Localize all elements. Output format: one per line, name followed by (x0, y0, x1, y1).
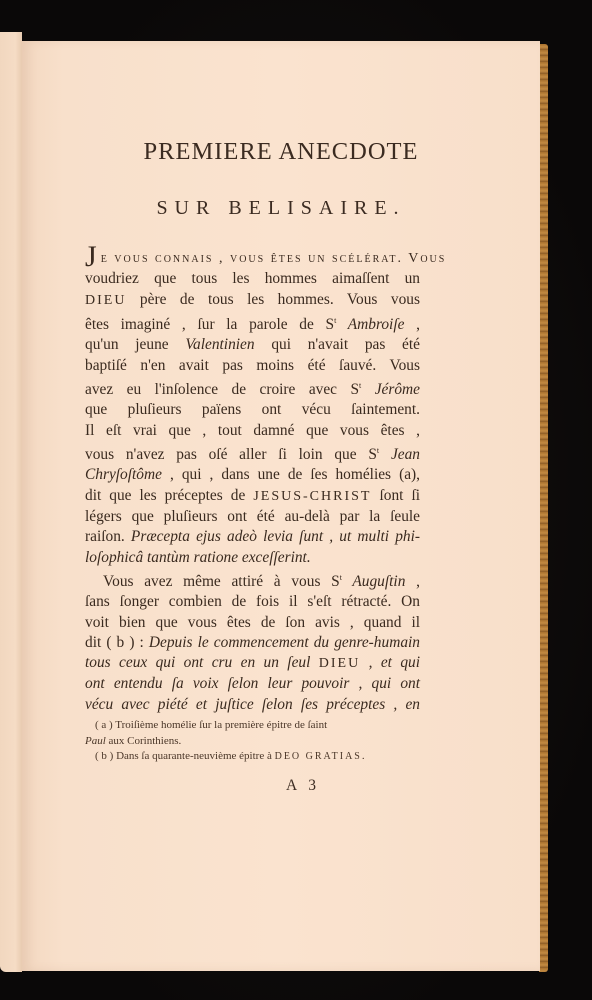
text-line: Chryſoſtôme , qui , dans une de ſes homé… (85, 465, 420, 485)
facing-page-edge (0, 32, 22, 972)
gilt-page-edge (539, 44, 548, 972)
text-line: dit que les préceptes de JESUS-CHRIST ſo… (85, 486, 420, 507)
text-line: avez eu l'inſolence de croire avec St Jé… (85, 376, 420, 400)
body-text: Je vous connais , vous êtes un ſcélérat.… (85, 247, 420, 715)
text-line: raiſon. Præcepta ejus adeò levia ſunt , … (85, 527, 420, 547)
text-line: qu'un jeune Valentinien qui n'avait pas … (85, 335, 420, 355)
text-line: êtes imaginé , ſur la parole de St Ambro… (85, 311, 420, 335)
text-line: vécu avec piété et juſtice ſelon ſes pré… (85, 695, 420, 715)
footnote-b: ( b ) Dans ſa quarante-neuvième épitre à… (85, 749, 420, 765)
text-line: DIEU père de tous les hommes. Vous vous (85, 290, 420, 311)
text-line: ont entendu ſa voix ſelon leur pouvoir ,… (85, 674, 420, 694)
signature-mark: A 3 (243, 777, 363, 795)
text-line: que pluſieurs païens ont vécu ſaintement… (85, 400, 420, 420)
text-line: vous n'avez pas oſé aller ſi loin que St… (85, 441, 420, 465)
text-line: voudriez que tous les hommes aimaſſent u… (85, 269, 420, 289)
page-subtitle: SUR BELISAIRE. (22, 197, 540, 220)
text-line: légers que pluſieurs ont été au-delà par… (85, 507, 420, 527)
footnote-a-continued: Paul aux Corinthiens. (85, 734, 420, 750)
footnote-a: ( a ) Troiſième homélie ſur la première … (85, 718, 420, 734)
text-line: Je vous connais , vous êtes un ſcélérat.… (85, 247, 420, 269)
book-page: PREMIERE ANECDOTE SUR BELISAIRE. Je vous… (22, 41, 540, 971)
page-title: PREMIERE ANECDOTE (22, 138, 540, 166)
drop-cap: J (85, 240, 97, 273)
text-line: ſans ſonger combien de fois il s'eſt rét… (85, 592, 420, 612)
text-line: voit bien que vous êtes de ſon avis , qu… (85, 613, 420, 633)
text-line: loſophicâ tantùm ratione exceſſerint. (85, 548, 420, 568)
text-line: dit ( b ) : Depuis le commencement du ge… (85, 633, 420, 653)
footnotes: ( a ) Troiſième homélie ſur la première … (85, 718, 420, 765)
text-line: Il eſt vrai que , tout damné que vous êt… (85, 421, 420, 441)
text-line: tous ceux qui ont cru en un ſeul DIEU , … (85, 653, 420, 674)
text-line: baptiſé n'en avait pas moins été ſauvé. … (85, 356, 420, 376)
text-line: Vous avez même attiré à vous St Auguſtin… (85, 568, 420, 592)
